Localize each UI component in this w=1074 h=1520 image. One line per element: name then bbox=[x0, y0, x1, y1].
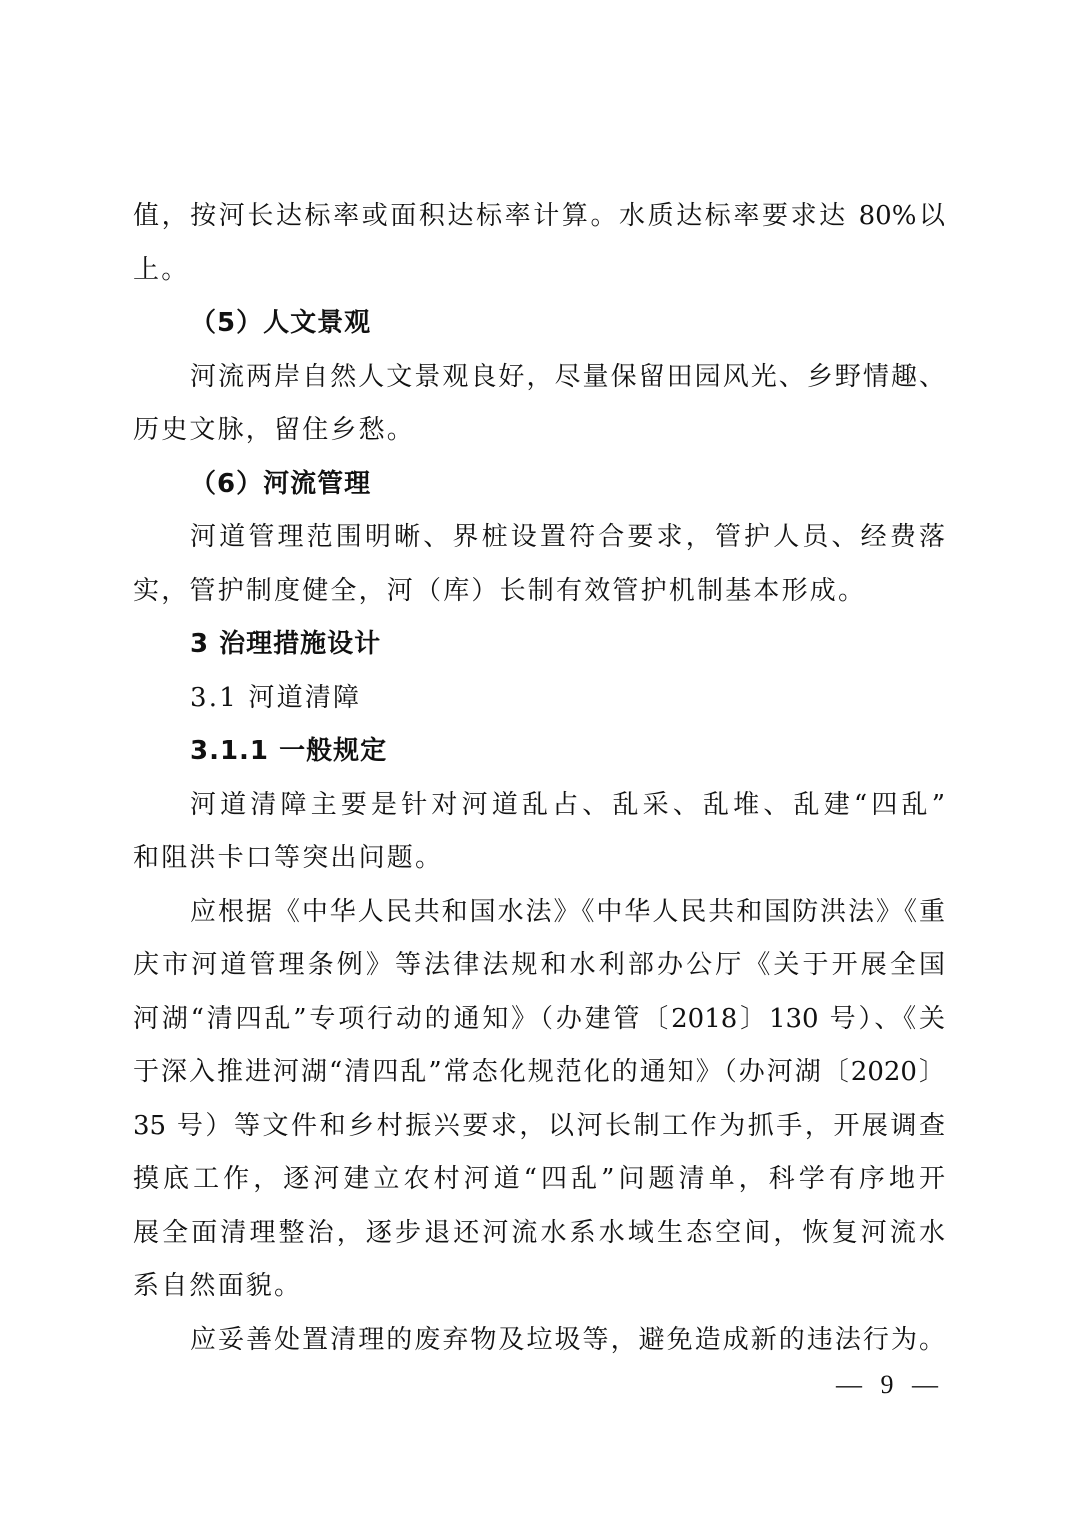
body-line: 河流两岸自然人文景观良好，尽量保留田园风光、乡野情趣、 bbox=[133, 351, 945, 405]
body-line: 应根据《中华人民共和国水法》《中华人民共和国防洪法》《重 bbox=[133, 886, 945, 940]
chapter-heading-measures: 3 治理措施设计 bbox=[133, 618, 945, 672]
page-number: — 9 — bbox=[836, 1370, 944, 1400]
body-line: 庆市河道管理条例》等法律法规和水利部办公厅《关于开展全国 bbox=[133, 939, 945, 993]
section-heading-landscape: （5）人文景观 bbox=[133, 297, 945, 351]
body-line: 和阻洪卡口等突出问题。 bbox=[133, 832, 945, 886]
section-heading-river-management: （6）河流管理 bbox=[133, 458, 945, 512]
body-line: 上。 bbox=[133, 244, 945, 298]
body-line: 河道管理范围明晰、界桩设置符合要求，管护人员、经费落 bbox=[133, 511, 945, 565]
body-line: 展全面清理整治，逐步退还河流水系水域生态空间，恢复河流水 bbox=[133, 1207, 945, 1261]
body-line: 历史文脉，留住乡愁。 bbox=[133, 404, 945, 458]
body-line: 于深入推进河湖“清四乱”常态化规范化的通知》（办河湖〔2020〕 bbox=[133, 1046, 945, 1100]
section-heading-clearance: 3.1 河道清障 bbox=[133, 672, 945, 726]
body-line: 值，按河长达标率或面积达标率计算。水质达标率要求达 80%以 bbox=[133, 190, 945, 244]
body-line: 河湖“清四乱”专项行动的通知》（办建管〔2018〕130 号）、《关 bbox=[133, 993, 945, 1047]
body-line: 摸底工作，逐河建立农村河道“四乱”问题清单，科学有序地开 bbox=[133, 1153, 945, 1207]
body-line: 35 号）等文件和乡村振兴要求，以河长制工作为抓手，开展调查 bbox=[133, 1100, 945, 1154]
subsection-heading-general: 3.1.1 一般规定 bbox=[133, 725, 945, 779]
body-line: 实，管护制度健全，河（库）长制有效管护机制基本形成。 bbox=[133, 565, 945, 619]
document-page: 值，按河长达标率或面积达标率计算。水质达标率要求达 80%以 上。 （5）人文景… bbox=[133, 190, 945, 1367]
body-line: 应妥善处置清理的废弃物及垃圾等，避免造成新的违法行为。 bbox=[133, 1314, 945, 1368]
body-line: 系自然面貌。 bbox=[133, 1260, 945, 1314]
body-line: 河道清障主要是针对河道乱占、乱采、乱堆、乱建“四乱” bbox=[133, 779, 945, 833]
